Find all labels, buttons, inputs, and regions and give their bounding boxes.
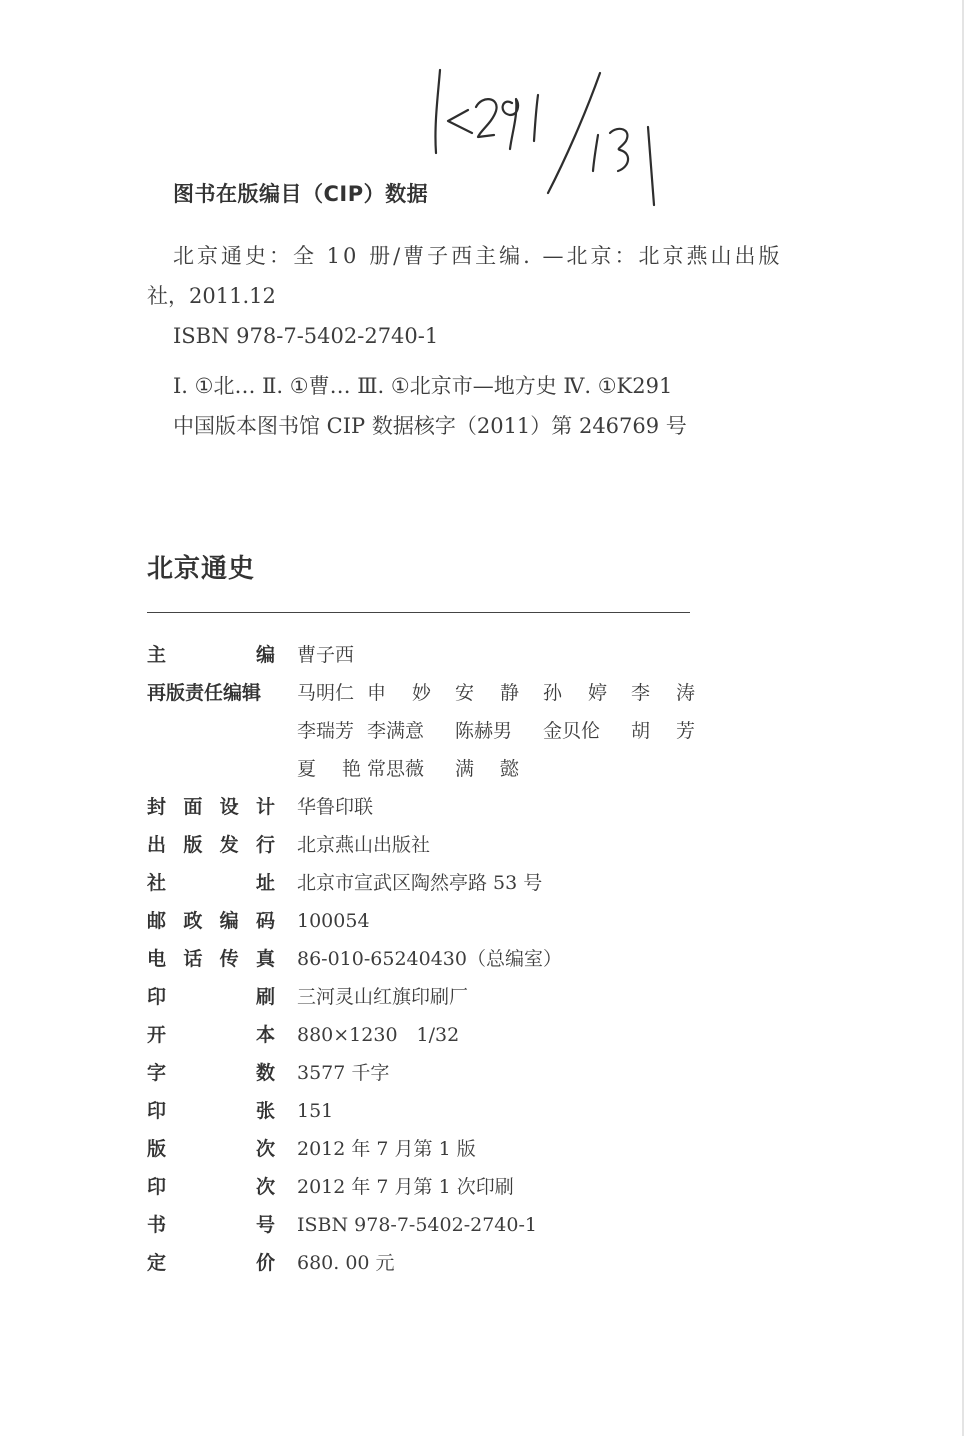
label-char: 设 — [220, 788, 239, 826]
colophon-row: 印次2012 年 7 月第 1 次印刷 — [147, 1168, 767, 1206]
colophon-value: ISBN 978-7-5402-2740-1 — [297, 1206, 537, 1244]
editor-name: 金贝伦 — [543, 712, 607, 750]
label-char: 政 — [183, 902, 202, 940]
label-char: 张 — [256, 1092, 275, 1130]
name-char: 申 — [367, 674, 386, 712]
label-char: 行 — [256, 826, 275, 864]
editor-name: 孙婷 — [543, 674, 607, 712]
name-char: 李 — [631, 674, 650, 712]
book-title: 北京通史 — [147, 548, 255, 585]
label-char: 主 — [147, 636, 166, 674]
colophon-row: 印刷三河灵山红旗印刷厂 — [147, 978, 767, 1016]
colophon-label: 邮政编码 — [147, 902, 275, 940]
colophon-table: 主 编 曹子西 再版责任编辑 马明仁 申妙 安静 孙婷 李涛 李瑞芳 李满意 陈… — [147, 636, 767, 1282]
colophon-row: 字数3577 千字 — [147, 1054, 767, 1092]
label-char: 印 — [147, 978, 166, 1016]
name-char: 妙 — [412, 674, 431, 712]
label-char: 价 — [256, 1244, 275, 1282]
name-char: 艳 — [342, 750, 361, 788]
label-char: 电 — [147, 940, 166, 978]
label-char: 发 — [220, 826, 239, 864]
label-char: 码 — [256, 902, 275, 940]
name-char: 孙 — [543, 674, 562, 712]
colophon-value: 曹子西 — [297, 636, 354, 674]
editor-name: 李满意 — [367, 712, 431, 750]
label-char: 号 — [256, 1206, 275, 1244]
name-char: 芳 — [676, 712, 695, 750]
label-char: 封 — [147, 788, 166, 826]
cip-publisher-line: 社，2011.12 — [147, 276, 867, 316]
colophon-row: 定价680. 00 元 — [147, 1244, 767, 1282]
editor-name: 安静 — [455, 674, 519, 712]
label-char: 印 — [147, 1092, 166, 1130]
colophon-label: 印次 — [147, 1168, 275, 1206]
colophon-value: 880×1230 1/32 — [297, 1016, 459, 1054]
colophon-label: 封面设计 — [147, 788, 275, 826]
editor-name: 马明仁 — [297, 674, 361, 712]
cip-heading: 图书在版编目（CIP）数据 — [173, 178, 428, 208]
colophon-row: 开本880×1230 1/32 — [147, 1016, 767, 1054]
cip-library-record: 中国版本图书馆 CIP 数据核字（2011）第 246769 号 — [147, 406, 867, 446]
cip-classification: Ⅰ. ①北… Ⅱ. ①曹… Ⅲ. ①北京市—地方史 Ⅳ. ①K291 — [147, 366, 867, 406]
name-char: 胡 — [631, 712, 650, 750]
colophon-label: 定价 — [147, 1244, 275, 1282]
label-char: 社 — [147, 864, 166, 902]
colophon-label: 电话传真 — [147, 940, 275, 978]
label-char: 面 — [183, 788, 202, 826]
colophon-value: 680. 00 元 — [297, 1244, 395, 1282]
page-edge-line — [962, 0, 964, 1436]
colophon-value: 151 — [297, 1092, 333, 1130]
colophon-label: 开本 — [147, 1016, 275, 1054]
label-char: 刷 — [256, 978, 275, 1016]
label-char: 版 — [183, 826, 202, 864]
colophon-row: 电话传真86-010-65240430（总编室） — [147, 940, 767, 978]
colophon-value: 北京市宣武区陶然亭路 53 号 — [297, 864, 542, 902]
colophon-value: 100054 — [297, 902, 370, 940]
label-char: 开 — [147, 1016, 166, 1054]
colophon-value: 三河灵山红旗印刷厂 — [297, 978, 468, 1016]
colophon-row: 版次2012 年 7 月第 1 版 — [147, 1130, 767, 1168]
handwriting-strokes-icon — [420, 55, 670, 215]
colophon-rows: 封面设计华鲁印联出版发行北京燕山出版社社址北京市宣武区陶然亭路 53 号邮政编码… — [147, 788, 767, 1282]
colophon-value: 86-010-65240430（总编室） — [297, 940, 562, 978]
editor-name: 李瑞芳 — [297, 712, 361, 750]
label-char: 址 — [256, 864, 275, 902]
editor-name: 夏艳 — [297, 750, 361, 788]
cip-isbn: ISBN 978-7-5402-2740-1 — [147, 316, 867, 356]
name-char: 满 — [455, 750, 474, 788]
colophon-label: 印张 — [147, 1092, 275, 1130]
colophon-row: 社址北京市宣武区陶然亭路 53 号 — [147, 864, 767, 902]
colophon-row: 邮政编码100054 — [147, 902, 767, 940]
name-char: 懿 — [500, 750, 519, 788]
editor-name: 李涛 — [631, 674, 695, 712]
cip-title-line: 北京通史：全 10 册/曹子西主编. —北京：北京燕山出版 — [147, 236, 867, 276]
label-char: 传 — [220, 940, 239, 978]
colophon-label: 出版发行 — [147, 826, 275, 864]
colophon-value: 华鲁印联 — [297, 788, 373, 826]
editor-name: 满懿 — [455, 750, 519, 788]
colophon-label: 字数 — [147, 1054, 275, 1092]
colophon-value: 2012 年 7 月第 1 次印刷 — [297, 1168, 514, 1206]
label-char: 编 — [220, 902, 239, 940]
colophon-row: 封面设计华鲁印联 — [147, 788, 767, 826]
colophon-row-editors: 再版责任编辑 马明仁 申妙 安静 孙婷 李涛 李瑞芳 李满意 陈赫男 金贝伦 胡… — [147, 674, 767, 788]
editor-names: 马明仁 申妙 安静 孙婷 李涛 李瑞芳 李满意 陈赫男 金贝伦 胡芳 夏艳 常思… — [297, 674, 807, 788]
label-char: 真 — [256, 940, 275, 978]
name-char: 涛 — [676, 674, 695, 712]
colophon-row: 出版发行北京燕山出版社 — [147, 826, 767, 864]
editor-name: 常思薇 — [367, 750, 431, 788]
name-char: 安 — [455, 674, 474, 712]
label-char: 字 — [147, 1054, 166, 1092]
label-char: 次 — [256, 1130, 275, 1168]
name-char: 婷 — [588, 674, 607, 712]
label-char: 出 — [147, 826, 166, 864]
colophon-label: 版次 — [147, 1130, 275, 1168]
name-char: 夏 — [297, 750, 316, 788]
label-char: 邮 — [147, 902, 166, 940]
label-char: 本 — [256, 1016, 275, 1054]
label-char: 定 — [147, 1244, 166, 1282]
colophon-label: 印刷 — [147, 978, 275, 1016]
label-char: 数 — [256, 1054, 275, 1092]
colophon-value: 北京燕山出版社 — [297, 826, 430, 864]
label-char: 计 — [256, 788, 275, 826]
editor-name: 申妙 — [367, 674, 431, 712]
title-divider — [147, 612, 690, 613]
colophon-row-chief-editor: 主 编 曹子西 — [147, 636, 767, 674]
colophon-label: 再版责任编辑 — [147, 674, 275, 712]
label-char: 书 — [147, 1206, 166, 1244]
cip-body: 北京通史：全 10 册/曹子西主编. —北京：北京燕山出版 社，2011.12 … — [147, 236, 867, 446]
editor-name: 陈赫男 — [455, 712, 519, 750]
editor-name: 胡芳 — [631, 712, 695, 750]
label-char: 次 — [256, 1168, 275, 1206]
colophon-row: 印张151 — [147, 1092, 767, 1130]
colophon-value: 3577 千字 — [297, 1054, 389, 1092]
colophon-label: 书号 — [147, 1206, 275, 1244]
colophon-label: 主 编 — [147, 636, 275, 674]
colophon-value: 2012 年 7 月第 1 版 — [297, 1130, 476, 1168]
handwritten-call-number — [420, 55, 670, 215]
label-char: 版 — [147, 1130, 166, 1168]
colophon-label: 社址 — [147, 864, 275, 902]
label-char: 话 — [183, 940, 202, 978]
name-char: 静 — [500, 674, 519, 712]
label-char: 印 — [147, 1168, 166, 1206]
label-char: 编 — [256, 636, 275, 674]
colophon-row: 书号ISBN 978-7-5402-2740-1 — [147, 1206, 767, 1244]
